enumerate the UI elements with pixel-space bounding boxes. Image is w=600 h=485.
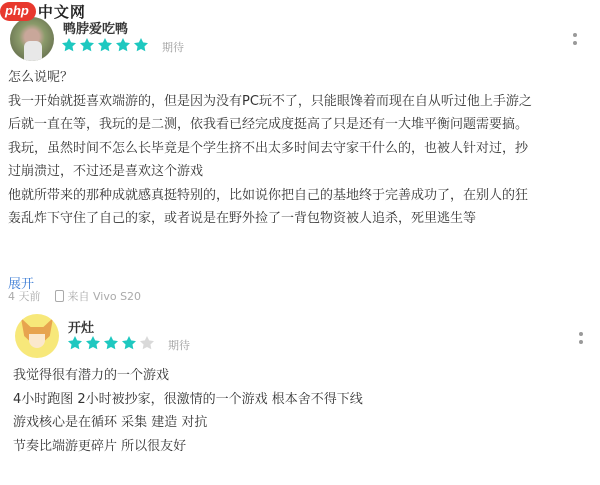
review-line: 后就一直在等，我玩的是二测，依我看已经完成度挺高了只是还有一大堆平衡问题需要搞。 xyxy=(8,113,596,137)
more-vertical-icon[interactable] xyxy=(577,329,585,351)
avatar[interactable] xyxy=(15,314,59,358)
watermark-logo: php 中文网 xyxy=(0,0,86,22)
review-line: 过崩溃过，不过还是喜欢这个游戏 xyxy=(8,160,596,184)
star-filled-icon xyxy=(67,335,83,351)
star-rating xyxy=(61,37,149,53)
star-filled-icon xyxy=(103,335,119,351)
review-line: 我一开始就挺喜欢端游的，但是因为没有PC玩不了，只能眼馋着而现在自从听过他上手游… xyxy=(8,90,596,114)
review-line: 轰乱炸下守住了自己的家，或者说是在野外捡了一背包物资被人追杀，死里逃生等 xyxy=(8,207,596,231)
review-tag: 期待 xyxy=(162,39,184,55)
review-line: 节奏比端游更碎片 所以很友好 xyxy=(13,435,600,459)
watermark-php-badge: php xyxy=(0,2,36,21)
star-filled-icon xyxy=(115,37,131,53)
star-filled-icon xyxy=(121,335,137,351)
watermark-text: 中文网 xyxy=(38,1,86,22)
review-content: 我觉得很有潜力的一个游戏 4小时跑图 2小时被抄家，很激情的一个游戏 根本舍不得… xyxy=(13,364,600,458)
more-vertical-icon[interactable] xyxy=(571,30,579,52)
star-filled-icon xyxy=(133,37,149,53)
review-time: 4 天前 xyxy=(8,288,41,304)
review-line: 4小时跑图 2小时被抄家，很激情的一个游戏 根本舍不得下线 xyxy=(13,388,600,412)
review-header: 鸭脖爱吃鸭 期待 xyxy=(0,10,600,60)
phone-icon xyxy=(55,290,64,302)
review-card: 鸭脖爱吃鸭 期待 怎么说呢？ 我一开始就挺喜欢端游的，但是因为没有PC玩不了，只… xyxy=(0,10,600,60)
username[interactable]: 开灶 xyxy=(68,317,94,336)
review-meta: 4 天前 来自 Vivo S20 xyxy=(8,288,141,304)
avatar[interactable] xyxy=(10,17,54,61)
review-tag: 期待 xyxy=(168,337,190,353)
star-rating xyxy=(67,335,155,351)
star-filled-icon xyxy=(79,37,95,53)
star-empty-icon xyxy=(139,335,155,351)
review-card: 开灶 期待 我觉得很有潜力的一个游戏 4小时跑图 2小时被抄家，很激情的一个游戏… xyxy=(0,310,600,360)
star-filled-icon xyxy=(85,335,101,351)
star-filled-icon xyxy=(97,37,113,53)
review-line: 他就所带来的那种成就感真挺特别的，比如说你把自己的基地终于完善成功了，在别人的狂 xyxy=(8,184,596,208)
review-line: 怎么说呢？ xyxy=(8,66,596,90)
review-line: 我玩，虽然时间不怎么长毕竟是个学生挤不出太多时间去守家干什么的，也被人针对过，抄 xyxy=(8,137,596,161)
review-line: 我觉得很有潜力的一个游戏 xyxy=(13,364,600,388)
star-filled-icon xyxy=(61,37,77,53)
review-content: 怎么说呢？ 我一开始就挺喜欢端游的，但是因为没有PC玩不了，只能眼馋着而现在自从… xyxy=(8,66,596,231)
review-device: 来自 Vivo S20 xyxy=(68,288,142,304)
review-line: 游戏核心是在循环 采集 建造 对抗 xyxy=(13,411,600,435)
review-header: 开灶 期待 xyxy=(0,310,600,360)
